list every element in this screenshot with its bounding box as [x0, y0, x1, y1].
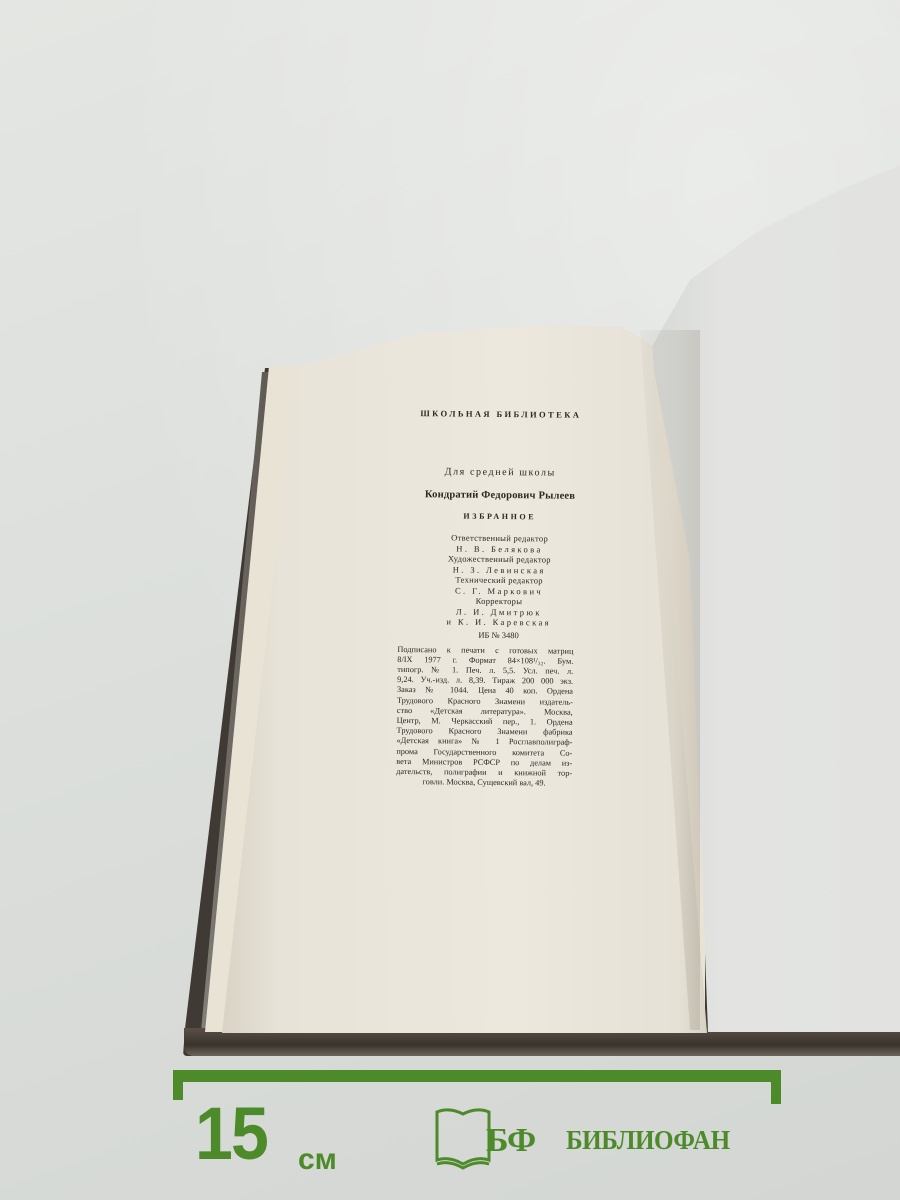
ib-number: ИБ № 3480 [392, 628, 606, 640]
credits: Ответственный редактор Н. В. Белякова Ху… [392, 532, 607, 629]
imprint-text-block: ШКОЛЬНАЯ БИБЛИОТЕКА Для средней школы Ко… [390, 403, 608, 790]
brand-name: БИБЛИОФАН [566, 1125, 730, 1155]
series-title: ШКОЛЬНАЯ БИБЛИОТЕКА [394, 408, 608, 420]
imprint-line: говли. Москва, Сущевский вал, 49. [396, 777, 572, 789]
ruler-tick-left [173, 1070, 183, 1100]
audience-line: Для средней школы [393, 466, 607, 479]
ruler-bar [173, 1070, 781, 1082]
ruler-tick-right [771, 1070, 781, 1104]
book-title: ИЗБРАННОЕ [393, 511, 607, 522]
author-name: Кондратий Федорович Рылеев [393, 489, 607, 502]
open-book-icon [433, 1104, 493, 1174]
ruler-unit: см [298, 1145, 337, 1175]
logo-letters: БФ [486, 1124, 535, 1158]
credit-person: и К. И. Каревская [392, 616, 606, 629]
ruler-value: 15 [195, 1097, 267, 1171]
imprint-details: Подписано к печати с готовых матриц 8/IX… [396, 644, 573, 789]
